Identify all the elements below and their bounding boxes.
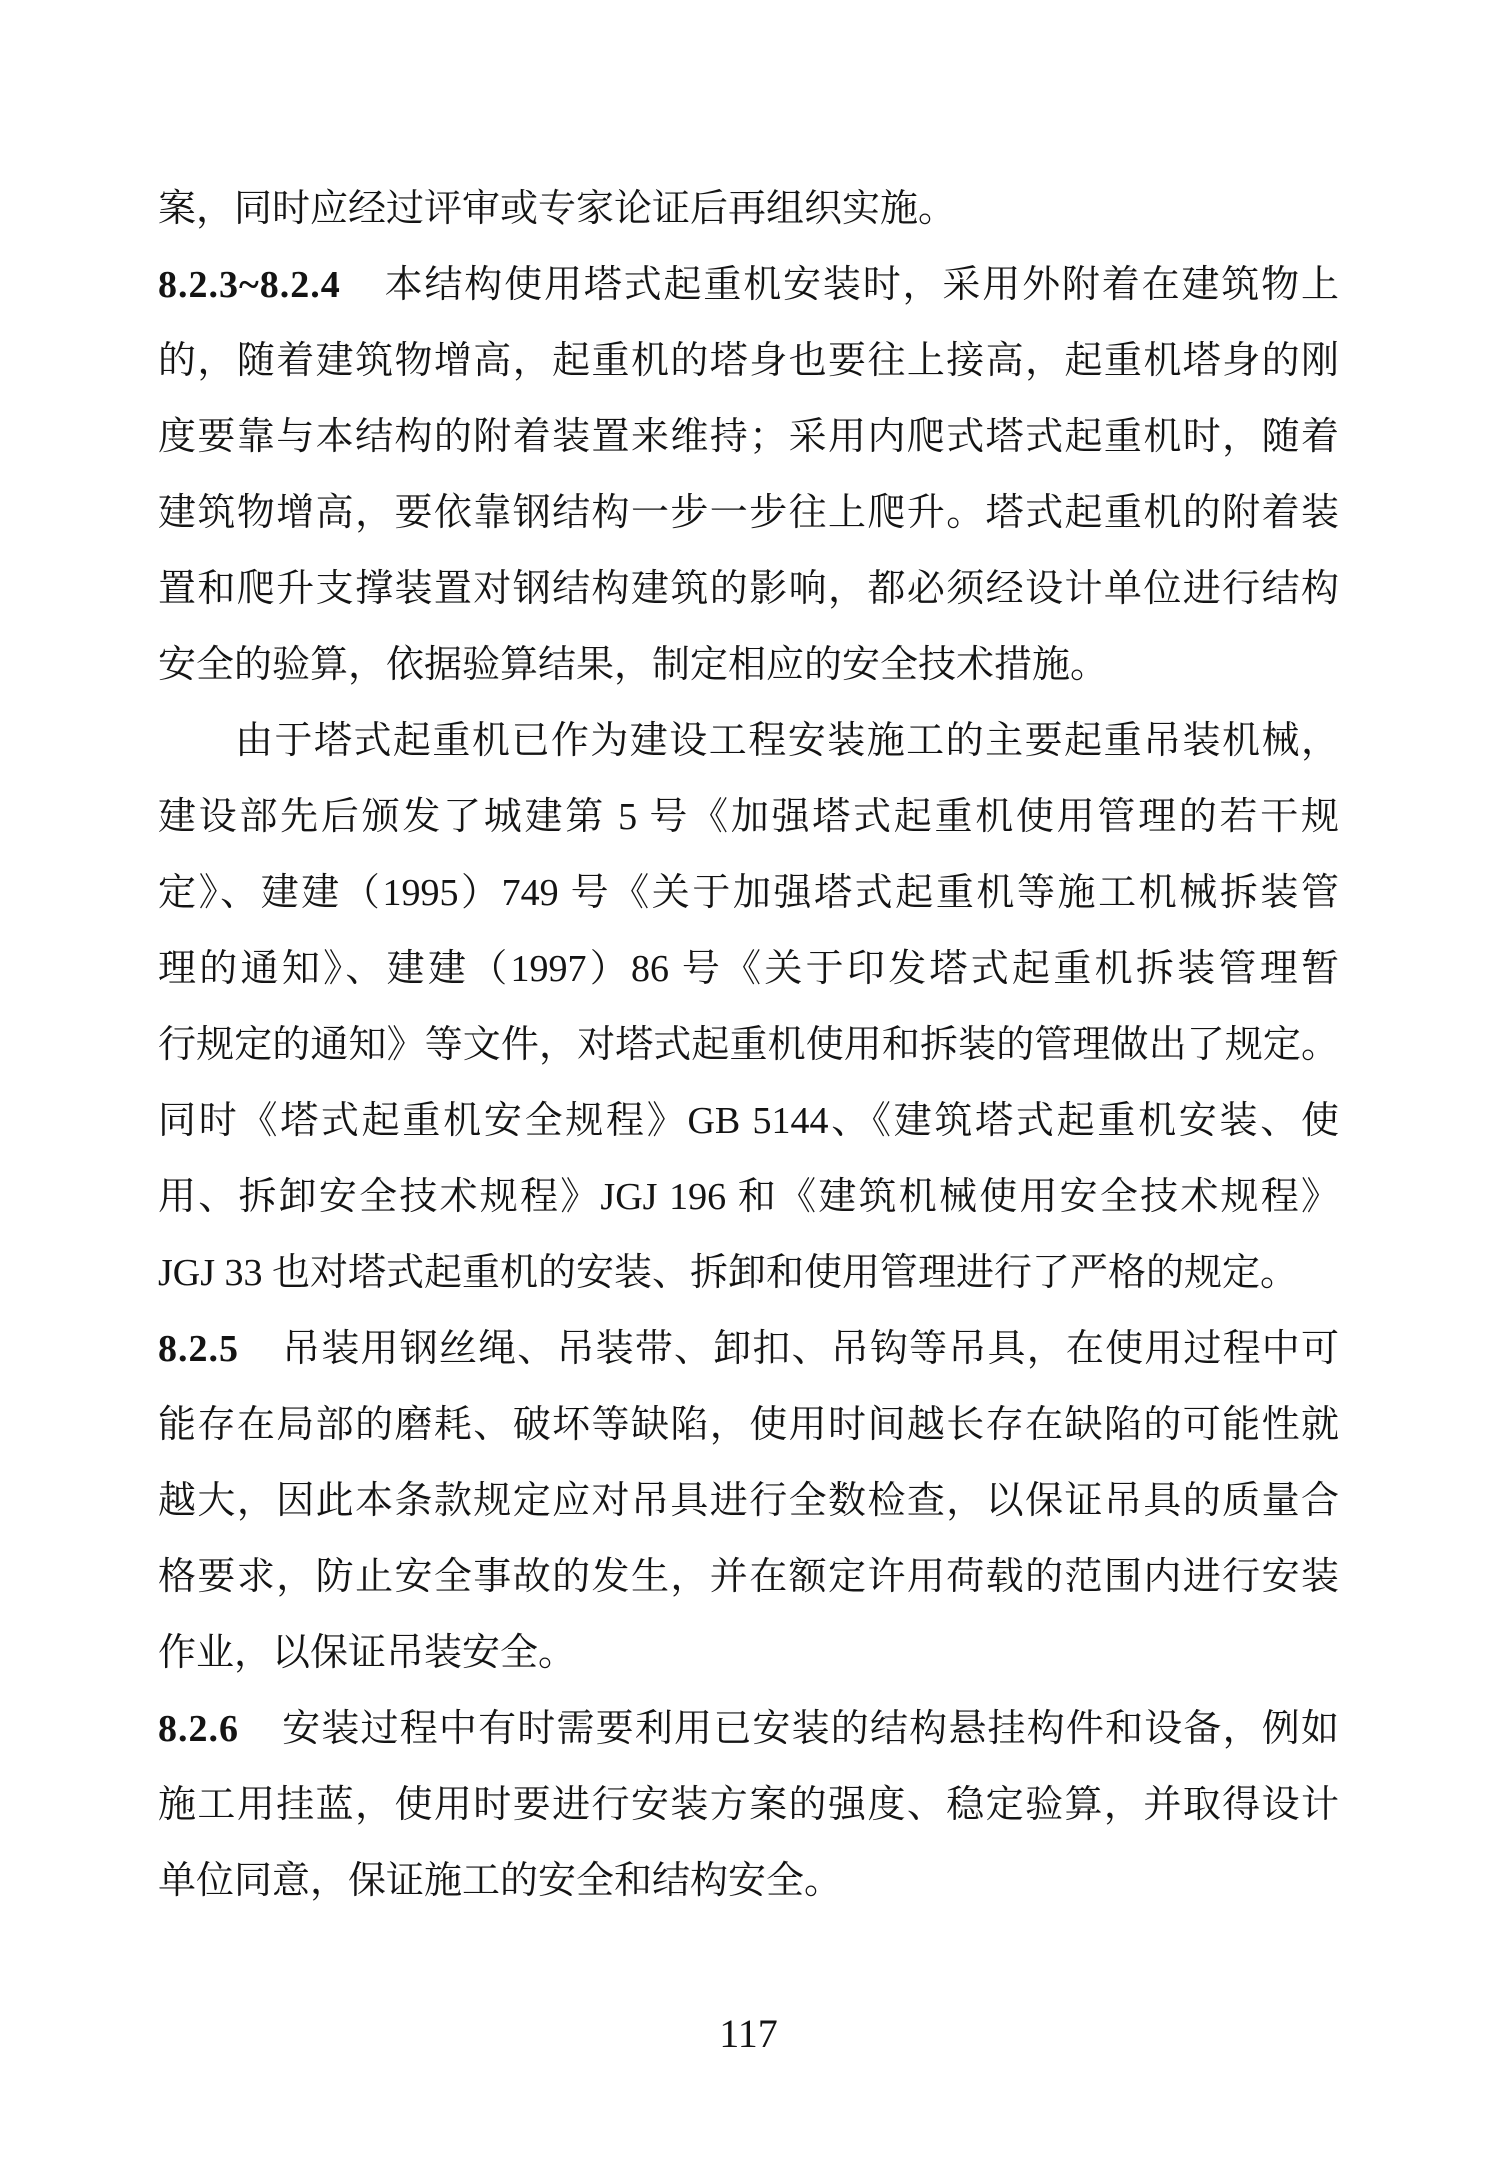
line-text: 能存在局部的磨耗、破坏等缺陷，使用时间越长存在缺陷的可能性就 <box>158 1404 1339 1446</box>
line-text: 定》、建建（1995）749 号《关于加强塔式起重机等施工机械拆装管 <box>158 872 1339 914</box>
text-line: 作业，以保证吊装安全。 <box>158 1615 1339 1691</box>
clause-number: 8.2.6 <box>158 1708 239 1750</box>
line-text: 安全的验算，依据验算结果，制定相应的安全技术措施。 <box>158 644 1108 686</box>
line-text: 安装过程中有时需要利用已安装的结构悬挂构件和设备，例如 <box>281 1708 1339 1750</box>
text-line: 8.2.6安装过程中有时需要利用已安装的结构悬挂构件和设备，例如 <box>158 1691 1339 1767</box>
text-line: 越大，因此本条款规定应对吊具进行全数检查，以保证吊具的质量合 <box>158 1463 1339 1539</box>
text-line: 案，同时应经过评审或专家论证后再组织实施。 <box>158 171 1339 247</box>
text-line: 能存在局部的磨耗、破坏等缺陷，使用时间越长存在缺陷的可能性就 <box>158 1387 1339 1463</box>
text-line: JGJ 33 也对塔式起重机的安装、拆卸和使用管理进行了严格的规定。 <box>158 1235 1339 1311</box>
text-line: 施工用挂蓝，使用时要进行安装方案的强度、稳定验算，并取得设计 <box>158 1767 1339 1843</box>
clause-number: 8.2.5 <box>158 1328 239 1370</box>
line-text: 同时《塔式起重机安全规程》GB 5144、《建筑塔式起重机安装、使 <box>158 1100 1339 1142</box>
text-line: 单位同意，保证施工的安全和结构安全。 <box>158 1843 1339 1919</box>
line-text: 建设部先后颁发了城建第 5 号《加强塔式起重机使用管理的若干规 <box>158 796 1339 838</box>
clause-number: 8.2.3~8.2.4 <box>158 264 341 306</box>
line-text: 由于塔式起重机已作为建设工程安装施工的主要起重吊装机械， <box>235 720 1339 762</box>
text-line: 行规定的通知》等文件，对塔式起重机使用和拆装的管理做出了规定。 <box>158 1007 1339 1083</box>
line-text: JGJ 33 也对塔式起重机的安装、拆卸和使用管理进行了严格的规定。 <box>158 1252 1298 1294</box>
line-text: 用、拆卸安全技术规程》JGJ 196 和《建筑机械使用安全技术规程》 <box>158 1176 1339 1218</box>
line-text: 作业，以保证吊装安全。 <box>158 1632 576 1674</box>
text-line: 安全的验算，依据验算结果，制定相应的安全技术措施。 <box>158 627 1339 703</box>
text-line: 8.2.3~8.2.4本结构使用塔式起重机安装时，采用外附着在建筑物上 <box>158 247 1339 323</box>
line-text: 吊装用钢丝绳、吊装带、卸扣、吊钩等吊具，在使用过程中可 <box>281 1328 1339 1370</box>
document-page: 案，同时应经过评审或专家论证后再组织实施。 8.2.3~8.2.4本结构使用塔式… <box>0 0 1500 2175</box>
line-text: 理的通知》、建建（1997）86 号《关于印发塔式起重机拆装管理暂 <box>158 948 1339 990</box>
line-text: 越大，因此本条款规定应对吊具进行全数检查，以保证吊具的质量合 <box>158 1480 1339 1522</box>
text-line: 建筑物增高，要依靠钢结构一步一步往上爬升。塔式起重机的附着装 <box>158 475 1339 551</box>
text-line: 建设部先后颁发了城建第 5 号《加强塔式起重机使用管理的若干规 <box>158 779 1339 855</box>
text-line: 由于塔式起重机已作为建设工程安装施工的主要起重吊装机械， <box>158 703 1339 779</box>
line-text: 置和爬升支撑装置对钢结构建筑的影响，都必须经设计单位进行结构 <box>158 568 1339 610</box>
text-line: 用、拆卸安全技术规程》JGJ 196 和《建筑机械使用安全技术规程》 <box>158 1159 1339 1235</box>
page-footer: 117 <box>158 2012 1339 2056</box>
line-text: 度要靠与本结构的附着装置来维持；采用内爬式塔式起重机时，随着 <box>158 416 1339 458</box>
text-line: 度要靠与本结构的附着装置来维持；采用内爬式塔式起重机时，随着 <box>158 399 1339 475</box>
body-text: 案，同时应经过评审或专家论证后再组织实施。 8.2.3~8.2.4本结构使用塔式… <box>158 171 1339 1919</box>
line-text: 的，随着建筑物增高，起重机的塔身也要往上接高，起重机塔身的刚 <box>158 340 1339 382</box>
text-line: 8.2.5吊装用钢丝绳、吊装带、卸扣、吊钩等吊具，在使用过程中可 <box>158 1311 1339 1387</box>
page-number: 117 <box>719 2011 778 2056</box>
text-line: 同时《塔式起重机安全规程》GB 5144、《建筑塔式起重机安装、使 <box>158 1083 1339 1159</box>
text-line: 定》、建建（1995）749 号《关于加强塔式起重机等施工机械拆装管 <box>158 855 1339 931</box>
line-text: 单位同意，保证施工的安全和结构安全。 <box>158 1860 842 1902</box>
line-text: 行规定的通知》等文件，对塔式起重机使用和拆装的管理做出了规定。 <box>158 1024 1339 1066</box>
text-line: 理的通知》、建建（1997）86 号《关于印发塔式起重机拆装管理暂 <box>158 931 1339 1007</box>
text-line: 格要求，防止安全事故的发生，并在额定许用荷载的范围内进行安装 <box>158 1539 1339 1615</box>
line-text: 案，同时应经过评审或专家论证后再组织实施。 <box>158 188 956 230</box>
text-line: 置和爬升支撑装置对钢结构建筑的影响，都必须经设计单位进行结构 <box>158 551 1339 627</box>
line-text: 本结构使用塔式起重机安装时，采用外附着在建筑物上 <box>383 264 1339 306</box>
line-text: 建筑物增高，要依靠钢结构一步一步往上爬升。塔式起重机的附着装 <box>158 492 1339 534</box>
line-text: 施工用挂蓝，使用时要进行安装方案的强度、稳定验算，并取得设计 <box>158 1784 1339 1826</box>
text-line: 的，随着建筑物增高，起重机的塔身也要往上接高，起重机塔身的刚 <box>158 323 1339 399</box>
line-text: 格要求，防止安全事故的发生，并在额定许用荷载的范围内进行安装 <box>158 1556 1339 1598</box>
